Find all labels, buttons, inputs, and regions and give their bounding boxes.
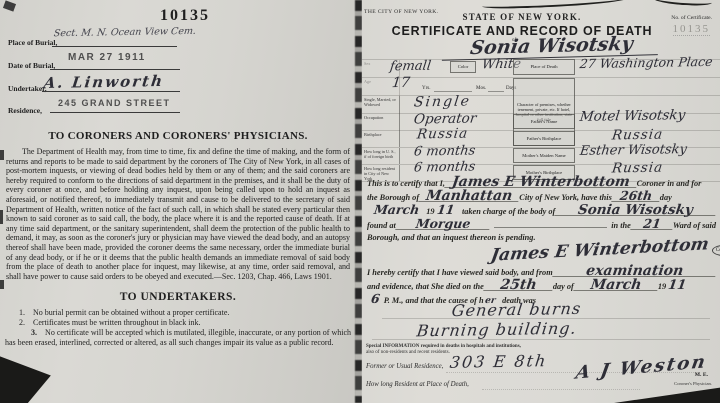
body-name-entry: Sonia Wisotsky (554, 205, 716, 216)
certify1-line2: the Borough of Manhattan City of New Yor… (367, 191, 716, 202)
certify1-line1: This is to certify that I, James E Winte… (367, 177, 716, 188)
cause-of-death-line1: General burns (451, 299, 583, 320)
undertaker-item-3-number: 3. (31, 328, 43, 337)
coroners-heading: TO CORONERS AND CORONERS' PHYSICIANS. (0, 130, 356, 142)
father-name-label-box: Father's Name (513, 114, 575, 129)
residence-stamp: 245 GRAND STREET (58, 98, 171, 108)
place-of-burial-value: Sect. M. N. Ocean View Cem. (53, 26, 196, 39)
top-scribble-stroke (482, 0, 632, 10)
cause-rule-2 (372, 339, 710, 340)
age-yrs-line (434, 91, 472, 92)
us-duration-stub-label: How long in U. S., if of foreign birth (362, 148, 400, 164)
edge-mark-left-2 (0, 210, 3, 224)
color-label-box: Color (450, 61, 476, 73)
age-mos-line (488, 91, 504, 92)
date-of-burial-line (50, 69, 180, 70)
undertaker-item-2-text: Certificates must be written throughout … (33, 318, 201, 327)
right-page: THE CITY OF NEW YORK. STATE OF NEW YORK.… (362, 0, 720, 403)
death-month-entry: March (573, 280, 659, 291)
certificate-number-label: No. of Certificate. (671, 15, 712, 21)
certify1-text9: in the (611, 221, 631, 230)
residence-label: Residence, (8, 106, 42, 115)
coroner-title-badge: Coroner (712, 245, 720, 256)
page-fold-gutter (355, 0, 362, 403)
hour-entry: 6 (366, 294, 384, 304)
found-at-fill-line (494, 220, 607, 228)
undertaker-label: Undertaker, (8, 84, 47, 93)
father-name-value: Motel Wisotsky (579, 107, 686, 125)
certificate-number-value: 10135 (673, 23, 711, 36)
edge-mark-left-3 (0, 280, 4, 289)
undertaker-item-2-number: 2. (19, 318, 25, 327)
torn-corner-shadow (0, 350, 82, 403)
certify2-line1: I hereby certify that I have viewed said… (367, 266, 716, 277)
certify1-text5: day (660, 193, 672, 202)
sex-value: femall (389, 59, 432, 75)
undertaker-item-2: 2. Certificates must be written througho… (33, 318, 349, 327)
former-residence-value: 303 E 8th (449, 351, 549, 372)
physician-title-label: Coroner's Physician. (674, 381, 712, 387)
howlong-resident-line (482, 389, 640, 390)
certify2-text1: I hereby certify that I have viewed said… (367, 268, 553, 277)
found-at-entry: Morgue (395, 219, 491, 230)
date-of-burial-label: Date of Burial, (8, 61, 55, 70)
age-value: 17 (391, 75, 411, 91)
certify1-line3: March 19 11 taken charge of the body of … (367, 205, 716, 216)
residence-line (50, 112, 180, 113)
certify1-text10: Ward of said (673, 221, 716, 230)
physician-signature: A J Weston (574, 351, 708, 383)
date-of-burial-stamp: MAR 27 1911 (68, 52, 146, 63)
birthplace-value: Russia (416, 126, 469, 143)
undertaker-item-1-number: 1. (19, 308, 25, 317)
undertaker-item-3: 3. No certificate will be accepted which… (5, 328, 351, 348)
place-of-death-value: 27 Washington Place (579, 54, 714, 71)
coroner-signature-block: James E Winterbottom Coroner (492, 240, 717, 260)
place-of-burial-label: Place of Burial, (8, 38, 57, 47)
coroner-signature: James E Winterbottom (489, 234, 710, 265)
coroners-body: The Department of Health may, from time … (6, 147, 350, 281)
borough-entry: Manhattan (418, 191, 520, 202)
state-line: STATE OF NEW YORK. (422, 12, 622, 22)
certify1-text3: the Borough of (367, 193, 419, 202)
undertaker-signature: A. Linworth (43, 72, 165, 92)
footer-note-line2: also of non-residents and recent residen… (366, 350, 450, 356)
certify1-text2: Coroner in and for (637, 179, 702, 188)
certify1-text4: City of New York, have this (519, 193, 612, 202)
coroner-name-entry: James E Winterbottom (444, 177, 637, 188)
marital-stub-label: Single, Married, or Widowed (362, 96, 400, 114)
birthplace-stub-label: Birthplace (362, 131, 400, 147)
us-duration-value: 6 months (413, 143, 476, 159)
place-of-death-label-box: Place of Death (513, 59, 575, 75)
cause-of-death-line2: Burning building. (416, 319, 578, 341)
certify2-line2: and evidence, that She died on the 25th … (367, 280, 716, 291)
edge-mark-top-left (3, 0, 16, 11)
top-scribble-stroke-2 (652, 0, 712, 7)
scanned-death-certificate: 10135 Place of Burial, Sect. M. N. Ocean… (0, 0, 720, 403)
certify1-text8: found at (367, 221, 396, 230)
age-mos-label: Mos. (476, 86, 486, 91)
year-entry: 11 (434, 205, 457, 215)
occupation-stub-label: Occupation (362, 114, 400, 131)
certify2-text3: day of (553, 282, 574, 291)
certify1-line4: found at Morgue in the 21 Ward of said (367, 219, 716, 230)
howlong-resident-label: How long Resident at Place of Death, (366, 381, 469, 388)
edge-mark-left-1 (0, 150, 4, 160)
undertakers-heading: TO UNDERTAKERS. (0, 291, 356, 303)
age-yrs-label: Yrs. (422, 86, 430, 91)
certify1-text7: taken charge of the body of (462, 207, 555, 216)
left-page: 10135 Place of Burial, Sect. M. N. Ocean… (0, 0, 356, 403)
former-residence-label: Former or Usual Residence, (366, 363, 443, 370)
marital-value: Single (413, 94, 472, 111)
undertaker-line (42, 91, 180, 92)
undertaker-item-1-text: No burial permit can be obtained without… (33, 308, 229, 317)
me-label: M. E. (695, 372, 708, 378)
method-entry: examination (552, 266, 717, 277)
death-year-entry: 11 (665, 281, 688, 291)
place-of-burial-line (52, 46, 177, 47)
undertaker-item-1: 1. No burial permit can be obtained with… (33, 308, 349, 317)
certify2-text2: and evidence, that She died on the (367, 282, 484, 291)
document-number: 10135 (130, 7, 240, 25)
day-entry: 26th (611, 191, 661, 202)
father-birthplace-label-box: Father's Birthplace (513, 131, 575, 146)
ward-entry: 21 (630, 219, 674, 230)
undertaker-item-3-text: No certificate will be accepted which is… (5, 328, 351, 347)
certify1-text1: This is to certify that I, (367, 179, 445, 188)
death-day-entry: 25th (483, 280, 554, 291)
father-birthplace-value: Russia (611, 127, 664, 144)
mother-maiden-value: Esther Wisotsky (579, 142, 688, 159)
mother-maiden-label-box: Mother's Maiden Name (513, 148, 575, 163)
month-entry: March (366, 205, 427, 215)
